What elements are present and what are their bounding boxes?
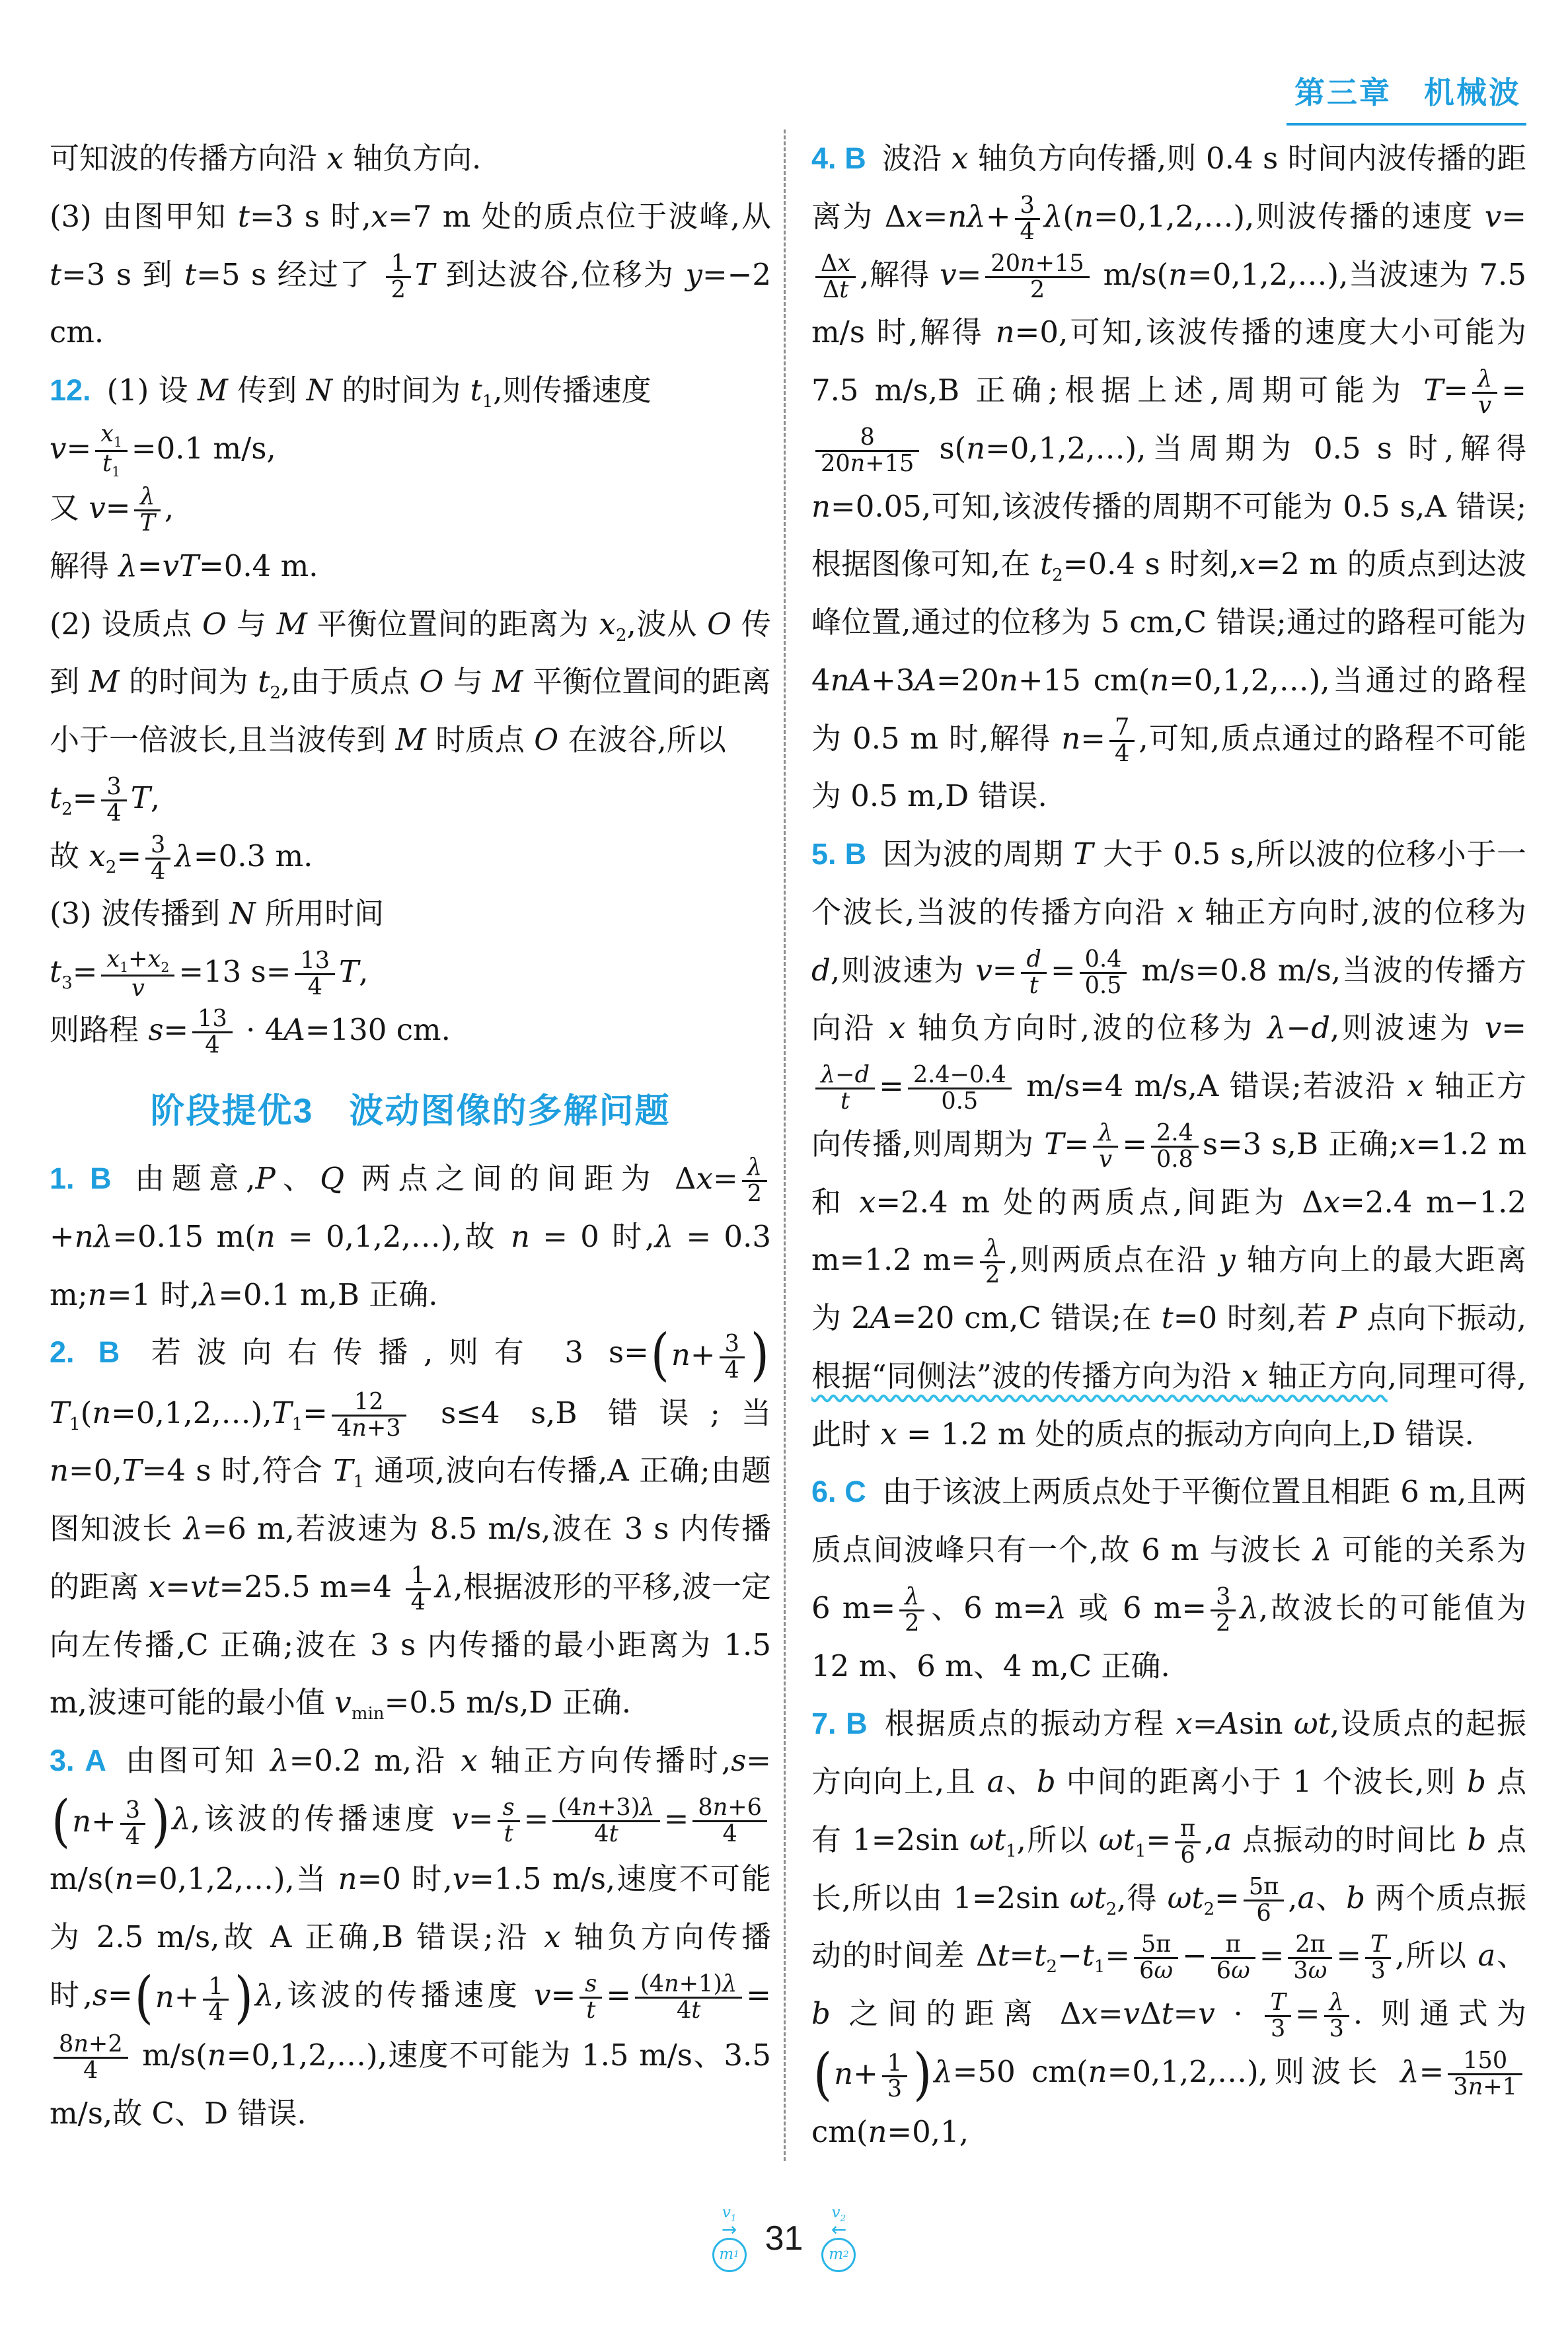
answer-item: 6. C由于该波上两质点处于平衡位置且相距 6 m,且两质点间波峰只有一个,故 … (811, 1463, 1526, 1695)
paragraph: t3=x1+x2v=13 s=134T, (50, 943, 771, 1001)
paragraph: (2) 设质点 O 与 M 平衡位置间的距离为 x2,波从 O 传到 M 的时间… (50, 595, 771, 769)
fraction: 34 (720, 1332, 745, 1383)
fraction: 5π6 (1244, 1875, 1284, 1926)
paren-group: (n+14) (133, 1968, 255, 2026)
fraction: λ2 (980, 1237, 1005, 1288)
answer-label: 5. B (811, 837, 866, 871)
fraction: 13 (882, 2051, 907, 2102)
paragraph: t2=34T, (50, 769, 771, 827)
fraction: λ2 (742, 1156, 767, 1206)
fraction: 34 (145, 833, 170, 884)
paren-group: (n+13) (811, 2045, 934, 2103)
paren-group: (n+34) (50, 1792, 172, 1851)
fraction: 134 (295, 949, 335, 1000)
fraction: (4n+1)λ4t (635, 1972, 742, 2023)
fraction: 8n+64 (692, 1796, 767, 1847)
fraction: x1t1 (95, 422, 128, 479)
page-number: 31 (765, 2219, 803, 2258)
fraction: λT (134, 485, 160, 536)
fraction: 14 (406, 1564, 431, 1615)
paragraph: 解得 λ=vT=0.4 m. (50, 537, 771, 595)
left-arrow-icon: ← (831, 2223, 846, 2236)
fraction: 0.40.5 (1080, 947, 1127, 998)
fraction: 8n+24 (54, 2032, 128, 2083)
section-header: 阶段提优3 波动图像的多解问题 (50, 1083, 771, 1132)
fraction: 34 (101, 775, 126, 826)
answer-item: 1. B由题意,P、Q 两点之间的间距为 Δx=λ2+nλ=0.15 m(n =… (50, 1150, 771, 1323)
left-column: 可知波的传播方向沿 x 轴负方向.(3) 由图甲知 t=3 s 时,x=7 m … (50, 129, 771, 2161)
answer-label: 1. B (50, 1162, 112, 1195)
answer-label: 4. B (811, 141, 866, 175)
fraction: 20n+152 (985, 252, 1089, 303)
fraction: 34 (1015, 194, 1040, 244)
fraction: T3 (1365, 1933, 1391, 1983)
fraction: π6ω (1211, 1933, 1255, 1983)
fraction: λ3 (1324, 1991, 1349, 2042)
content-columns: 可知波的传播方向沿 x 轴负方向.(3) 由图甲知 t=3 s 时,x=7 m … (50, 129, 1526, 2161)
fraction: T3 (1265, 1991, 1290, 2042)
fraction: π6 (1175, 1817, 1201, 1868)
fraction: 124n+3 (332, 1390, 406, 1441)
answer-item: 2. B若波向右传播,则有 3 s=(n+34)T1(n=0,1,2,…),T1… (50, 1323, 771, 1732)
answer-item: 12.(1) 设 M 传到 N 的时间为 t1,则传播速度 (50, 361, 771, 420)
fraction: λ−dt (815, 1063, 875, 1114)
chapter-header: 第三章 机械波 (1287, 69, 1526, 126)
paragraph: (3) 波传播到 N 所用时间 (50, 885, 771, 943)
m2-circle-icon: m2 (821, 2238, 856, 2272)
answer-item: 3. A由图可知 λ=0.2 m,沿 x 轴正方向传播时,s=(n+34)λ,该… (50, 1732, 771, 2143)
wavy-underline: 根据“同侧法”波的传播方向为沿 x 轴正方向 (811, 1358, 1388, 1393)
answer-label: 2. B (50, 1335, 120, 1369)
answer-item: 5. B因为波的周期 T 大于 0.5 s,所以波的位移小于一个波长,当波的传播… (811, 825, 1526, 1463)
right-column: 4. B波沿 x 轴负方向传播,则 0.4 s 时间内波传播的距离为 Δx=nλ… (786, 129, 1526, 2161)
paragraph: 又 v=λT, (50, 479, 771, 537)
fraction: st (579, 1972, 602, 2023)
fraction: 1503n+1 (1448, 2049, 1522, 2100)
paren-group: (n+34) (649, 1326, 771, 1384)
fraction: dt (1021, 947, 1046, 998)
fraction: 2.4−0.40.5 (908, 1063, 1012, 1114)
answer-label: 6. C (811, 1475, 866, 1508)
workbook-answer-page: 第三章 机械波 可知波的传播方向沿 x 轴负方向.(3) 由图甲知 t=3 s … (0, 0, 1568, 2325)
fraction: (4n+3)λ4t (552, 1796, 659, 1847)
momentum-m1-icon: v1 → m1 (712, 2205, 747, 2272)
momentum-m2-icon: v2 ← m2 (821, 2205, 856, 2272)
fraction: λv (1093, 1121, 1118, 1172)
fraction: 5π6ω (1134, 1933, 1178, 1983)
paragraph: 故 x2=34λ=0.3 m. (50, 827, 771, 885)
fraction: λv (1472, 367, 1497, 418)
paragraph: v=x1t1=0.1 m/s, (50, 420, 771, 479)
fraction: 2π3ω (1288, 1933, 1332, 1983)
fraction: 32 (1211, 1585, 1236, 1636)
right-arrow-icon: → (722, 2223, 737, 2236)
paragraph: 可知波的传播方向沿 x 轴负方向. (50, 129, 771, 188)
fraction: 12 (386, 252, 411, 303)
paragraph: (3) 由图甲知 t=3 s 时,x=7 m 处的质点位于波峰,从 t=3 s … (50, 188, 771, 361)
answer-label: 12. (50, 373, 91, 407)
fraction: λ2 (899, 1585, 924, 1636)
fraction: 14 (203, 1975, 228, 2026)
fraction: ΔxΔt (815, 252, 856, 303)
fraction: 74 (1109, 716, 1135, 766)
answer-label: 3. A (50, 1744, 106, 1777)
m1-circle-icon: m1 (712, 2238, 747, 2272)
answer-item: 7. B根据质点的振动方程 x=Asin ωt,设质点的起振方向向上,且 a、b… (811, 1695, 1526, 2161)
fraction: 2.40.8 (1151, 1121, 1199, 1172)
fraction: st (498, 1796, 520, 1847)
answer-label: 7. B (811, 1707, 868, 1740)
paragraph: 则路程 s=134 · 4A=130 cm. (50, 1001, 771, 1059)
answer-item: 4. B波沿 x 轴负方向传播,则 0.4 s 时间内波传播的距离为 Δx=nλ… (811, 129, 1526, 825)
fraction: 134 (192, 1007, 233, 1058)
fraction: x1+x2v (101, 947, 174, 1001)
fraction: 820n+15 (815, 425, 919, 476)
fraction: 34 (120, 1798, 145, 1849)
page-footer: v1 → m1 31 v2 ← m2 (0, 2205, 1568, 2272)
